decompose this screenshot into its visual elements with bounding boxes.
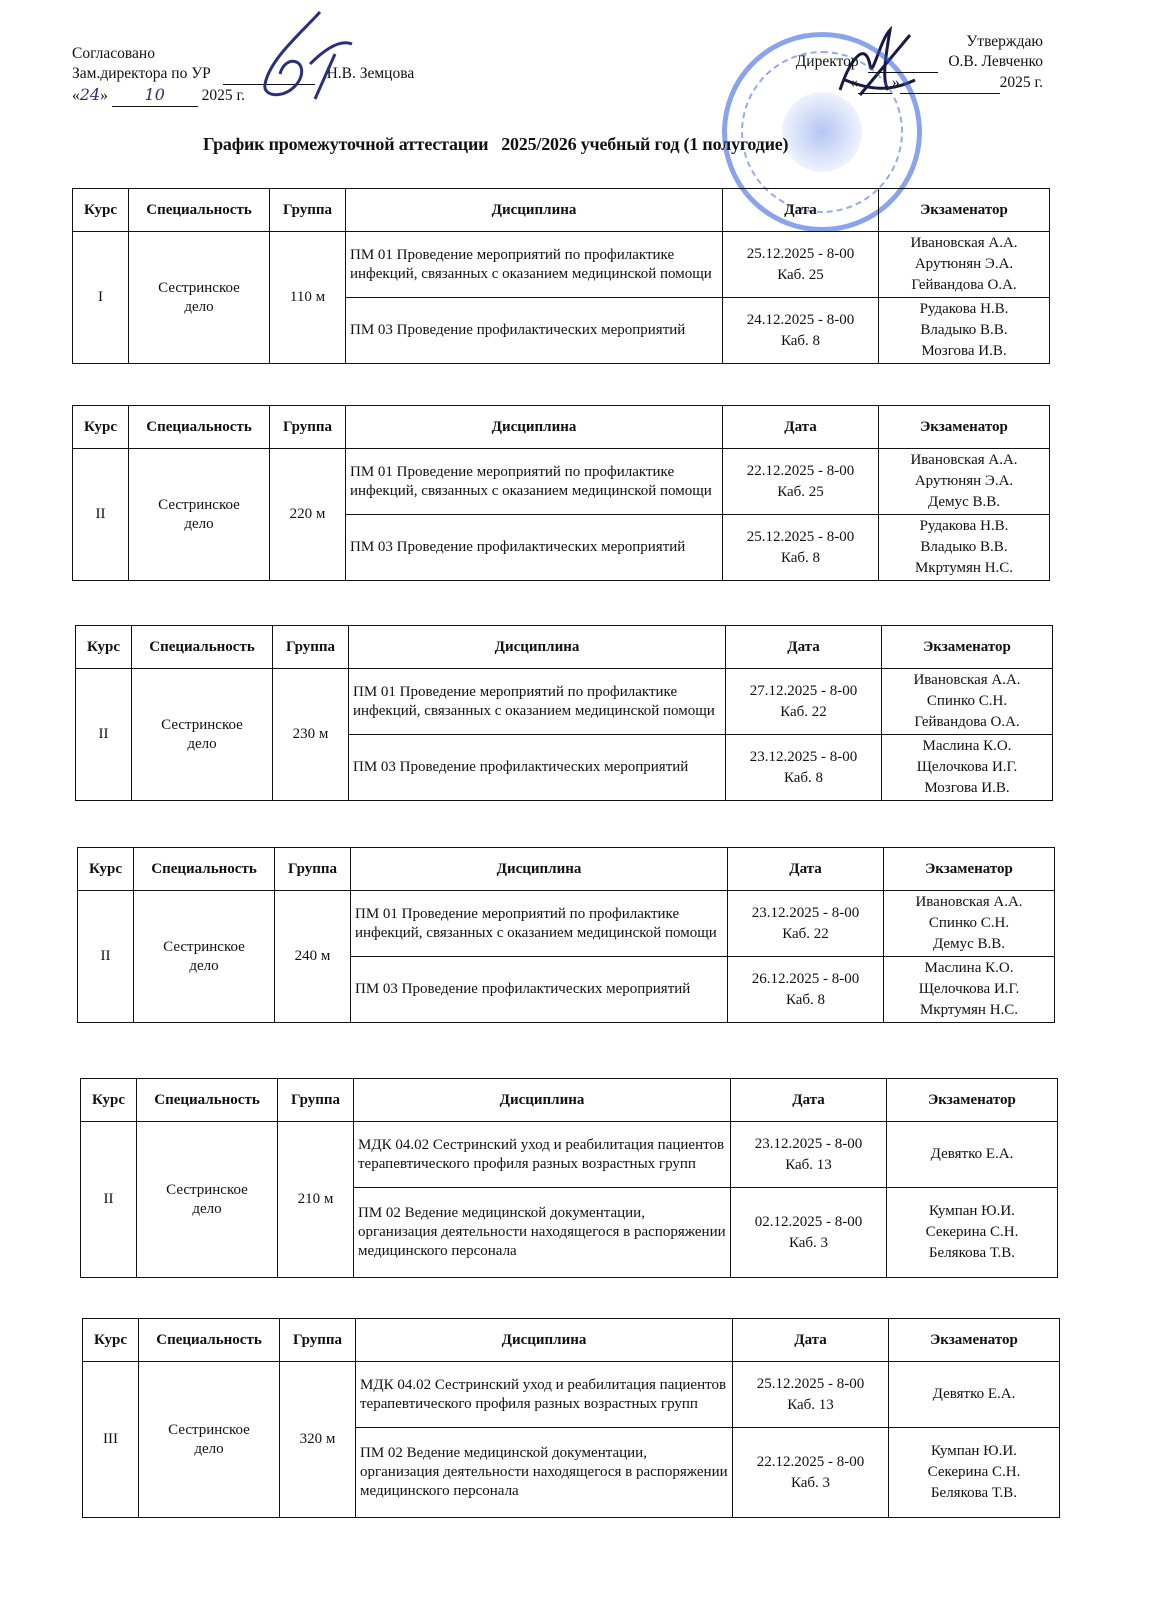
examiner-name: Девятко Е.А.	[887, 1144, 1057, 1165]
examiner-name: Спинко С.Н.	[882, 691, 1052, 712]
exam-room: Каб. 8	[728, 990, 883, 1011]
examiner-cell: Девятко Е.А.	[887, 1122, 1058, 1188]
approval-block-left: Согласовано Зам.директора по УР Н.В. Зем…	[72, 44, 414, 107]
table-header-row: КурсСпециальностьГруппаДисциплинаДатаЭкз…	[83, 1319, 1060, 1362]
examiner-cell: Рудакова Н.В.Владыко В.В.Мкртумян Н.С.	[879, 515, 1050, 581]
col-specialty-header: Специальность	[129, 189, 270, 232]
col-specialty-header: Специальность	[139, 1319, 280, 1362]
examiner-cell: Ивановская А.А.Арутюнян Э.А.Гейвандова О…	[879, 232, 1050, 298]
examiner-name: Ивановская А.А.	[879, 233, 1049, 254]
schedule-table: КурсСпециальностьГруппаДисциплинаДатаЭкз…	[77, 847, 1055, 1023]
approve-date-year: 2025 г.	[1000, 74, 1043, 91]
approval-date-year: 2025 г.	[202, 87, 245, 104]
examiner-name: Кумпан Ю.И.	[887, 1201, 1057, 1222]
discipline-cell: ПМ 01 Проведение мероприятий по профилак…	[346, 449, 723, 515]
col-examiner-header: Экзаменатор	[884, 848, 1055, 891]
date-cell: 22.12.2025 - 8-00Каб. 25	[723, 449, 879, 515]
specialty-cell: Сестринское дело	[134, 891, 275, 1023]
discipline-cell: ПМ 01 Проведение мероприятий по профилак…	[346, 232, 723, 298]
col-examiner-header: Экзаменатор	[887, 1079, 1058, 1122]
col-date-header: Дата	[723, 406, 879, 449]
exam-date: 26.12.2025 - 8-00	[728, 969, 883, 990]
exam-date: 23.12.2025 - 8-00	[731, 1134, 886, 1155]
exam-date: 22.12.2025 - 8-00	[733, 1452, 888, 1473]
examiner-name: Гейвандова О.А.	[882, 712, 1052, 733]
examiner-name: Секерина С.Н.	[887, 1222, 1057, 1243]
col-kurs-header: Курс	[81, 1079, 137, 1122]
schedule-table: КурсСпециальностьГруппаДисциплинаДатаЭкз…	[75, 625, 1053, 801]
examiner-name: Ивановская А.А.	[882, 670, 1052, 691]
specialty-cell: Сестринское дело	[129, 232, 270, 364]
discipline-cell: ПМ 03 Проведение профилактических меропр…	[346, 515, 723, 581]
exam-room: Каб. 3	[731, 1233, 886, 1254]
table-header-row: КурсСпециальностьГруппаДисциплинаДатаЭкз…	[76, 626, 1053, 669]
table-row: IIIСестринское дело320 мМДК 04.02 Сестри…	[83, 1362, 1060, 1428]
date-cell: 25.12.2025 - 8-00Каб. 13	[733, 1362, 889, 1428]
specialty-text: Сестринское дело	[152, 496, 247, 534]
col-discipline-header: Дисциплина	[346, 406, 723, 449]
approval-date-day: 24	[80, 85, 100, 104]
table-row: IСестринское дело110 мПМ 01 Проведение м…	[73, 232, 1050, 298]
table-row: IIСестринское дело230 мПМ 01 Проведение …	[76, 669, 1053, 735]
exam-date: 25.12.2025 - 8-00	[723, 527, 878, 548]
specialty-text: Сестринское дело	[152, 279, 247, 317]
date-cell: 23.12.2025 - 8-00Каб. 8	[726, 735, 882, 801]
examiner-name: Маслина К.О.	[882, 736, 1052, 757]
examiner-cell: Ивановская А.А.Спинко С.Н.Гейвандова О.А…	[882, 669, 1053, 735]
examiner-cell: Ивановская А.А.Арутюнян Э.А.Демус В.В.	[879, 449, 1050, 515]
examiner-name: Ивановская А.А.	[879, 450, 1049, 471]
col-group-header: Группа	[278, 1079, 354, 1122]
group-cell: 230 м	[273, 669, 349, 801]
schedule-table: КурсСпециальностьГруппаДисциплинаДатаЭкз…	[72, 188, 1050, 364]
date-cell: 23.12.2025 - 8-00Каб. 13	[731, 1122, 887, 1188]
col-discipline-header: Дисциплина	[349, 626, 726, 669]
table-header-row: КурсСпециальностьГруппаДисциплинаДатаЭкз…	[78, 848, 1055, 891]
examiner-name: Ивановская А.А.	[884, 892, 1054, 913]
examiner-cell: Кумпан Ю.И.Секерина С.Н.Белякова Т.В.	[887, 1188, 1058, 1278]
col-group-header: Группа	[270, 406, 346, 449]
examiner-name: Гейвандова О.А.	[879, 275, 1049, 296]
exam-date: 22.12.2025 - 8-00	[723, 461, 878, 482]
table-row: IIСестринское дело220 мПМ 01 Проведение …	[73, 449, 1050, 515]
schedule-table: КурсСпециальностьГруппаДисциплинаДатаЭкз…	[72, 405, 1050, 581]
course-cell: II	[73, 449, 129, 581]
approval-block-right: Утверждаю Директор О.В. Левченко « » 202…	[796, 32, 1043, 94]
specialty-text: Сестринское дело	[157, 938, 252, 976]
director-position: Директор	[796, 53, 859, 70]
exam-date: 02.12.2025 - 8-00	[731, 1212, 886, 1233]
approve-date-line: « » 2025 г.	[796, 73, 1043, 94]
col-kurs-header: Курс	[73, 189, 129, 232]
group-cell: 240 м	[275, 891, 351, 1023]
date-cell: 22.12.2025 - 8-00Каб. 3	[733, 1428, 889, 1518]
examiner-cell: Кумпан Ю.И.Секерина С.Н.Белякова Т.В.	[889, 1428, 1060, 1518]
col-group-header: Группа	[280, 1319, 356, 1362]
discipline-cell: ПМ 03 Проведение профилактических меропр…	[351, 957, 728, 1023]
exam-room: Каб. 25	[723, 265, 878, 286]
approve-date-day-line	[858, 73, 892, 94]
specialty-text: Сестринское дело	[155, 716, 250, 754]
exam-date: 27.12.2025 - 8-00	[726, 681, 881, 702]
examiner-name: Рудакова Н.В.	[879, 516, 1049, 537]
exam-date: 25.12.2025 - 8-00	[723, 244, 878, 265]
col-specialty-header: Специальность	[132, 626, 273, 669]
col-date-header: Дата	[723, 189, 879, 232]
approver-position: Зам.директора по УР	[72, 65, 211, 82]
examiner-name: Владыко В.В.	[879, 537, 1049, 558]
col-specialty-header: Специальность	[129, 406, 270, 449]
signature-line	[223, 64, 315, 85]
col-discipline-header: Дисциплина	[351, 848, 728, 891]
exam-room: Каб. 8	[723, 548, 878, 569]
specialty-text: Сестринское дело	[162, 1421, 257, 1459]
col-discipline-header: Дисциплина	[346, 189, 723, 232]
examiner-name: Кумпан Ю.И.	[889, 1441, 1059, 1462]
table-header-row: КурсСпециальностьГруппаДисциплинаДатаЭкз…	[73, 406, 1050, 449]
date-cell: 26.12.2025 - 8-00Каб. 8	[728, 957, 884, 1023]
approval-label: Согласовано	[72, 44, 414, 64]
examiner-name: Владыко В.В.	[879, 320, 1049, 341]
col-examiner-header: Экзаменатор	[889, 1319, 1060, 1362]
examiner-name: Мкртумян Н.С.	[879, 558, 1049, 579]
examiner-cell: Маслина К.О.Щелочкова И.Г.Мкртумян Н.С.	[884, 957, 1055, 1023]
examiner-name: Секерина С.Н.	[889, 1462, 1059, 1483]
approve-position-line: Директор О.В. Левченко	[796, 52, 1043, 73]
examiner-name: Щелочкова И.Г.	[884, 979, 1054, 1000]
course-cell: II	[81, 1122, 137, 1278]
examiner-cell: Ивановская А.А.Спинко С.Н.Демус В.В.	[884, 891, 1055, 957]
examiner-name: Арутюнян Э.А.	[879, 254, 1049, 275]
table-row: IIСестринское дело210 мМДК 04.02 Сестрин…	[81, 1122, 1058, 1188]
discipline-cell: ПМ 02 Ведение медицинской документации, …	[354, 1188, 731, 1278]
director-name: О.В. Левченко	[948, 53, 1043, 70]
exam-room: Каб. 25	[723, 482, 878, 503]
discipline-cell: ПМ 03 Проведение профилактических меропр…	[349, 735, 726, 801]
examiner-name: Рудакова Н.В.	[879, 299, 1049, 320]
col-group-header: Группа	[273, 626, 349, 669]
col-examiner-header: Экзаменатор	[879, 406, 1050, 449]
approval-position-line: Зам.директора по УР Н.В. Земцова	[72, 64, 414, 85]
table-header-row: КурсСпециальностьГруппаДисциплинаДатаЭкз…	[73, 189, 1050, 232]
course-cell: II	[76, 669, 132, 801]
table-row: IIСестринское дело240 мПМ 01 Проведение …	[78, 891, 1055, 957]
discipline-cell: ПМ 02 Ведение медицинской документации, …	[356, 1428, 733, 1518]
approval-date-month: 10	[145, 85, 165, 104]
exam-date: 24.12.2025 - 8-00	[723, 310, 878, 331]
approver-name: Н.В. Земцова	[327, 65, 415, 82]
exam-room: Каб. 22	[726, 702, 881, 723]
approve-label: Утверждаю	[796, 32, 1043, 52]
approve-date-month-line	[900, 73, 1000, 94]
exam-room: Каб. 3	[733, 1473, 888, 1494]
approval-date-month-line: 10	[112, 85, 198, 107]
col-date-header: Дата	[726, 626, 882, 669]
specialty-cell: Сестринское дело	[137, 1122, 278, 1278]
col-kurs-header: Курс	[73, 406, 129, 449]
discipline-cell: МДК 04.02 Сестринский уход и реабилитаци…	[354, 1122, 731, 1188]
specialty-cell: Сестринское дело	[129, 449, 270, 581]
col-date-header: Дата	[731, 1079, 887, 1122]
examiner-cell: Рудакова Н.В.Владыко В.В.Мозгова И.В.	[879, 298, 1050, 364]
examiner-name: Мозгова И.В.	[879, 341, 1049, 362]
col-specialty-header: Специальность	[137, 1079, 278, 1122]
group-cell: 320 м	[280, 1362, 356, 1518]
date-cell: 27.12.2025 - 8-00Каб. 22	[726, 669, 882, 735]
specialty-cell: Сестринское дело	[132, 669, 273, 801]
exam-date: 23.12.2025 - 8-00	[728, 903, 883, 924]
examiner-name: Демус В.В.	[879, 492, 1049, 513]
examiner-cell: Маслина К.О.Щелочкова И.Г.Мозгова И.В.	[882, 735, 1053, 801]
exam-room: Каб. 8	[723, 331, 878, 352]
date-cell: 25.12.2025 - 8-00Каб. 8	[723, 515, 879, 581]
col-group-header: Группа	[270, 189, 346, 232]
col-kurs-header: Курс	[83, 1319, 139, 1362]
col-examiner-header: Экзаменатор	[882, 626, 1053, 669]
specialty-cell: Сестринское дело	[139, 1362, 280, 1518]
examiner-cell: Девятко Е.А.	[889, 1362, 1060, 1428]
page-title: График промежуточной аттестации 2025/202…	[203, 134, 788, 155]
examiner-name: Белякова Т.В.	[887, 1243, 1057, 1264]
col-discipline-header: Дисциплина	[354, 1079, 731, 1122]
examiner-name: Мозгова И.В.	[882, 778, 1052, 799]
schedule-table: КурсСпециальностьГруппаДисциплинаДатаЭкз…	[82, 1318, 1060, 1518]
date-cell: 24.12.2025 - 8-00Каб. 8	[723, 298, 879, 364]
group-cell: 210 м	[278, 1122, 354, 1278]
exam-date: 25.12.2025 - 8-00	[733, 1374, 888, 1395]
group-cell: 110 м	[270, 232, 346, 364]
col-group-header: Группа	[275, 848, 351, 891]
examiner-name: Демус В.В.	[884, 934, 1054, 955]
approval-date-line: «24» 10 2025 г.	[72, 85, 414, 107]
col-kurs-header: Курс	[76, 626, 132, 669]
discipline-cell: ПМ 01 Проведение мероприятий по профилак…	[351, 891, 728, 957]
col-date-header: Дата	[728, 848, 884, 891]
examiner-name: Девятко Е.А.	[889, 1384, 1059, 1405]
date-cell: 02.12.2025 - 8-00Каб. 3	[731, 1188, 887, 1278]
exam-room: Каб. 8	[726, 768, 881, 789]
exam-room: Каб. 22	[728, 924, 883, 945]
examiner-name: Арутюнян Э.А.	[879, 471, 1049, 492]
col-specialty-header: Специальность	[134, 848, 275, 891]
examiner-name: Мкртумян Н.С.	[884, 1000, 1054, 1021]
discipline-cell: ПМ 03 Проведение профилактических меропр…	[346, 298, 723, 364]
examiner-name: Белякова Т.В.	[889, 1483, 1059, 1504]
date-cell: 25.12.2025 - 8-00Каб. 25	[723, 232, 879, 298]
director-signature-line	[868, 52, 938, 73]
table-header-row: КурсСпециальностьГруппаДисциплинаДатаЭкз…	[81, 1079, 1058, 1122]
course-cell: III	[83, 1362, 139, 1518]
group-cell: 220 м	[270, 449, 346, 581]
specialty-text: Сестринское дело	[160, 1181, 255, 1219]
exam-room: Каб. 13	[733, 1395, 888, 1416]
discipline-cell: ПМ 01 Проведение мероприятий по профилак…	[349, 669, 726, 735]
date-cell: 23.12.2025 - 8-00Каб. 22	[728, 891, 884, 957]
discipline-cell: МДК 04.02 Сестринский уход и реабилитаци…	[356, 1362, 733, 1428]
schedule-table: КурсСпециальностьГруппаДисциплинаДатаЭкз…	[80, 1078, 1058, 1278]
course-cell: II	[78, 891, 134, 1023]
exam-room: Каб. 13	[731, 1155, 886, 1176]
exam-date: 23.12.2025 - 8-00	[726, 747, 881, 768]
col-date-header: Дата	[733, 1319, 889, 1362]
examiner-name: Щелочкова И.Г.	[882, 757, 1052, 778]
col-discipline-header: Дисциплина	[356, 1319, 733, 1362]
col-examiner-header: Экзаменатор	[879, 189, 1050, 232]
examiner-name: Маслина К.О.	[884, 958, 1054, 979]
col-kurs-header: Курс	[78, 848, 134, 891]
examiner-name: Спинко С.Н.	[884, 913, 1054, 934]
course-cell: I	[73, 232, 129, 364]
